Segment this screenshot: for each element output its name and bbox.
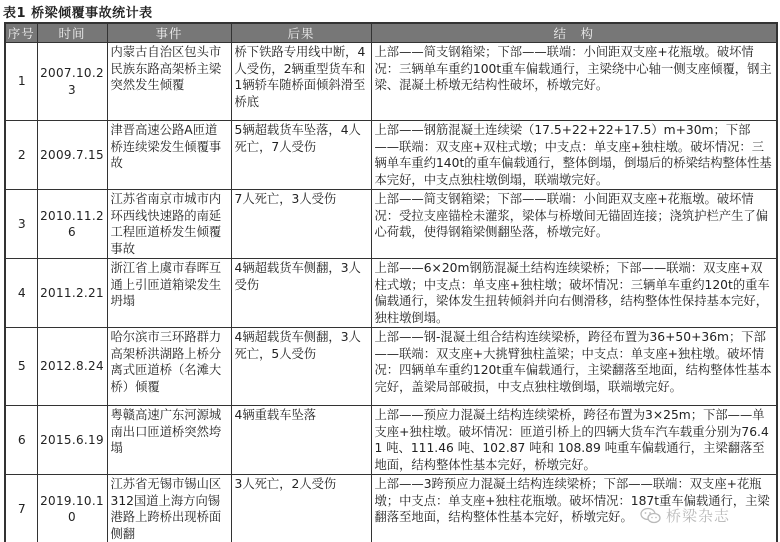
cell-result: 桥下铁路专用线中断，4人受伤，2辆重型货车和1辆轿车随桥面倾斜滑至桥底 xyxy=(231,43,371,121)
accident-statistics-table: 序号 时间 事件 后果 结 构 1 2007.10.23 内蒙古自治区包头市民族… xyxy=(4,22,778,542)
cell-no: 5 xyxy=(5,328,37,406)
cell-structure: 上部——钢-混凝土组合结构连续梁桥，跨径布置为36+50+36m；下部——联端：… xyxy=(371,328,777,406)
wechat-icon xyxy=(640,507,662,525)
cell-structure: 上部——预应力混凝土结构连续梁桥，跨径布置为3×25m；下部——单支座+独柱墩。… xyxy=(371,406,777,475)
cell-result: 7人死亡，3人受伤 xyxy=(231,190,371,259)
header-date: 时间 xyxy=(37,23,107,43)
header-structure: 结 构 xyxy=(371,23,777,43)
table-row: 4 2011.2.21 浙江省上虞市春晖互通上引匝道箱梁发生坍塌 4辆超载货车侧… xyxy=(5,259,777,328)
header-no: 序号 xyxy=(5,23,37,43)
cell-no: 3 xyxy=(5,190,37,259)
table-row: 3 2010.11.26 江苏省南京市城市内环西线快速路的南延工程匝道桥发生倾覆… xyxy=(5,190,777,259)
cell-date: 2012.8.24 xyxy=(37,328,107,406)
cell-no: 6 xyxy=(5,406,37,475)
table-caption: 表1 桥梁倾覆事故统计表 xyxy=(3,2,153,21)
table-row: 5 2012.8.24 哈尔滨市三环路群力高架桥洪湖路上桥分离式匝道桥（名滩大桥… xyxy=(5,328,777,406)
cell-no: 7 xyxy=(5,475,37,542)
cell-structure: 上部——6×20m钢筋混凝土结构连续梁桥；下部——联端：双支座+双柱式墩；中支点… xyxy=(371,259,777,328)
header-result: 后果 xyxy=(231,23,371,43)
cell-event: 粤赣高速广东河源城南出口匝道桥突然垮塌 xyxy=(107,406,231,475)
cell-date: 2007.10.23 xyxy=(37,43,107,121)
table-row: 1 2007.10.23 内蒙古自治区包头市民族东路高架桥主梁突然发生倾覆 桥下… xyxy=(5,43,777,121)
cell-no: 4 xyxy=(5,259,37,328)
cell-event: 江苏省无锡市锡山区312国道上海方向锡港路上跨桥出现桥面侧翻 xyxy=(107,475,231,542)
cell-event: 江苏省南京市城市内环西线快速路的南延工程匝道桥发生倾覆事故 xyxy=(107,190,231,259)
table-row: 6 2015.6.19 粤赣高速广东河源城南出口匝道桥突然垮塌 4辆重载车坠落 … xyxy=(5,406,777,475)
cell-date: 2011.2.21 xyxy=(37,259,107,328)
cell-event: 内蒙古自治区包头市民族东路高架桥主梁突然发生倾覆 xyxy=(107,43,231,121)
cell-structure: 上部——钢筋混凝土连续梁（17.5+22+22+17.5）m+30m；下部——联… xyxy=(371,121,777,190)
table-header-row: 序号 时间 事件 后果 结 构 xyxy=(5,23,777,43)
watermark-text: 桥梁杂志 xyxy=(666,505,730,526)
cell-event: 浙江省上虞市春晖互通上引匝道箱梁发生坍塌 xyxy=(107,259,231,328)
cell-no: 1 xyxy=(5,43,37,121)
cell-structure: 上部——简支钢箱梁；下部——联端：小间距双支座+花瓶墩。破坏情况：三辆单车重约1… xyxy=(371,43,777,121)
cell-date: 2015.6.19 xyxy=(37,406,107,475)
cell-no: 2 xyxy=(5,121,37,190)
cell-result: 4辆超载货车侧翻，3人死亡，5人受伤 xyxy=(231,328,371,406)
cell-result: 5辆超载货车坠落，4人死亡，7人受伤 xyxy=(231,121,371,190)
cell-structure: 上部——简支钢箱梁；下部——联端：小间距双支座+花瓶墩。破坏情况：受拉支座锚栓未… xyxy=(371,190,777,259)
watermark: 桥梁杂志 xyxy=(640,505,730,526)
cell-event: 哈尔滨市三环路群力高架桥洪湖路上桥分离式匝道桥（名滩大桥）倾覆 xyxy=(107,328,231,406)
header-event: 事件 xyxy=(107,23,231,43)
cell-date: 2010.11.26 xyxy=(37,190,107,259)
cell-result: 4辆超载货车侧翻，3人受伤 xyxy=(231,259,371,328)
cell-event: 津晋高速公路A匝道桥连续梁发生倾覆事故 xyxy=(107,121,231,190)
table-row: 2 2009.7.15 津晋高速公路A匝道桥连续梁发生倾覆事故 5辆超载货车坠落… xyxy=(5,121,777,190)
cell-date: 2019.10.10 xyxy=(37,475,107,542)
cell-date: 2009.7.15 xyxy=(37,121,107,190)
cell-result: 3人死亡，2人受伤 xyxy=(231,475,371,542)
cell-result: 4辆重载车坠落 xyxy=(231,406,371,475)
